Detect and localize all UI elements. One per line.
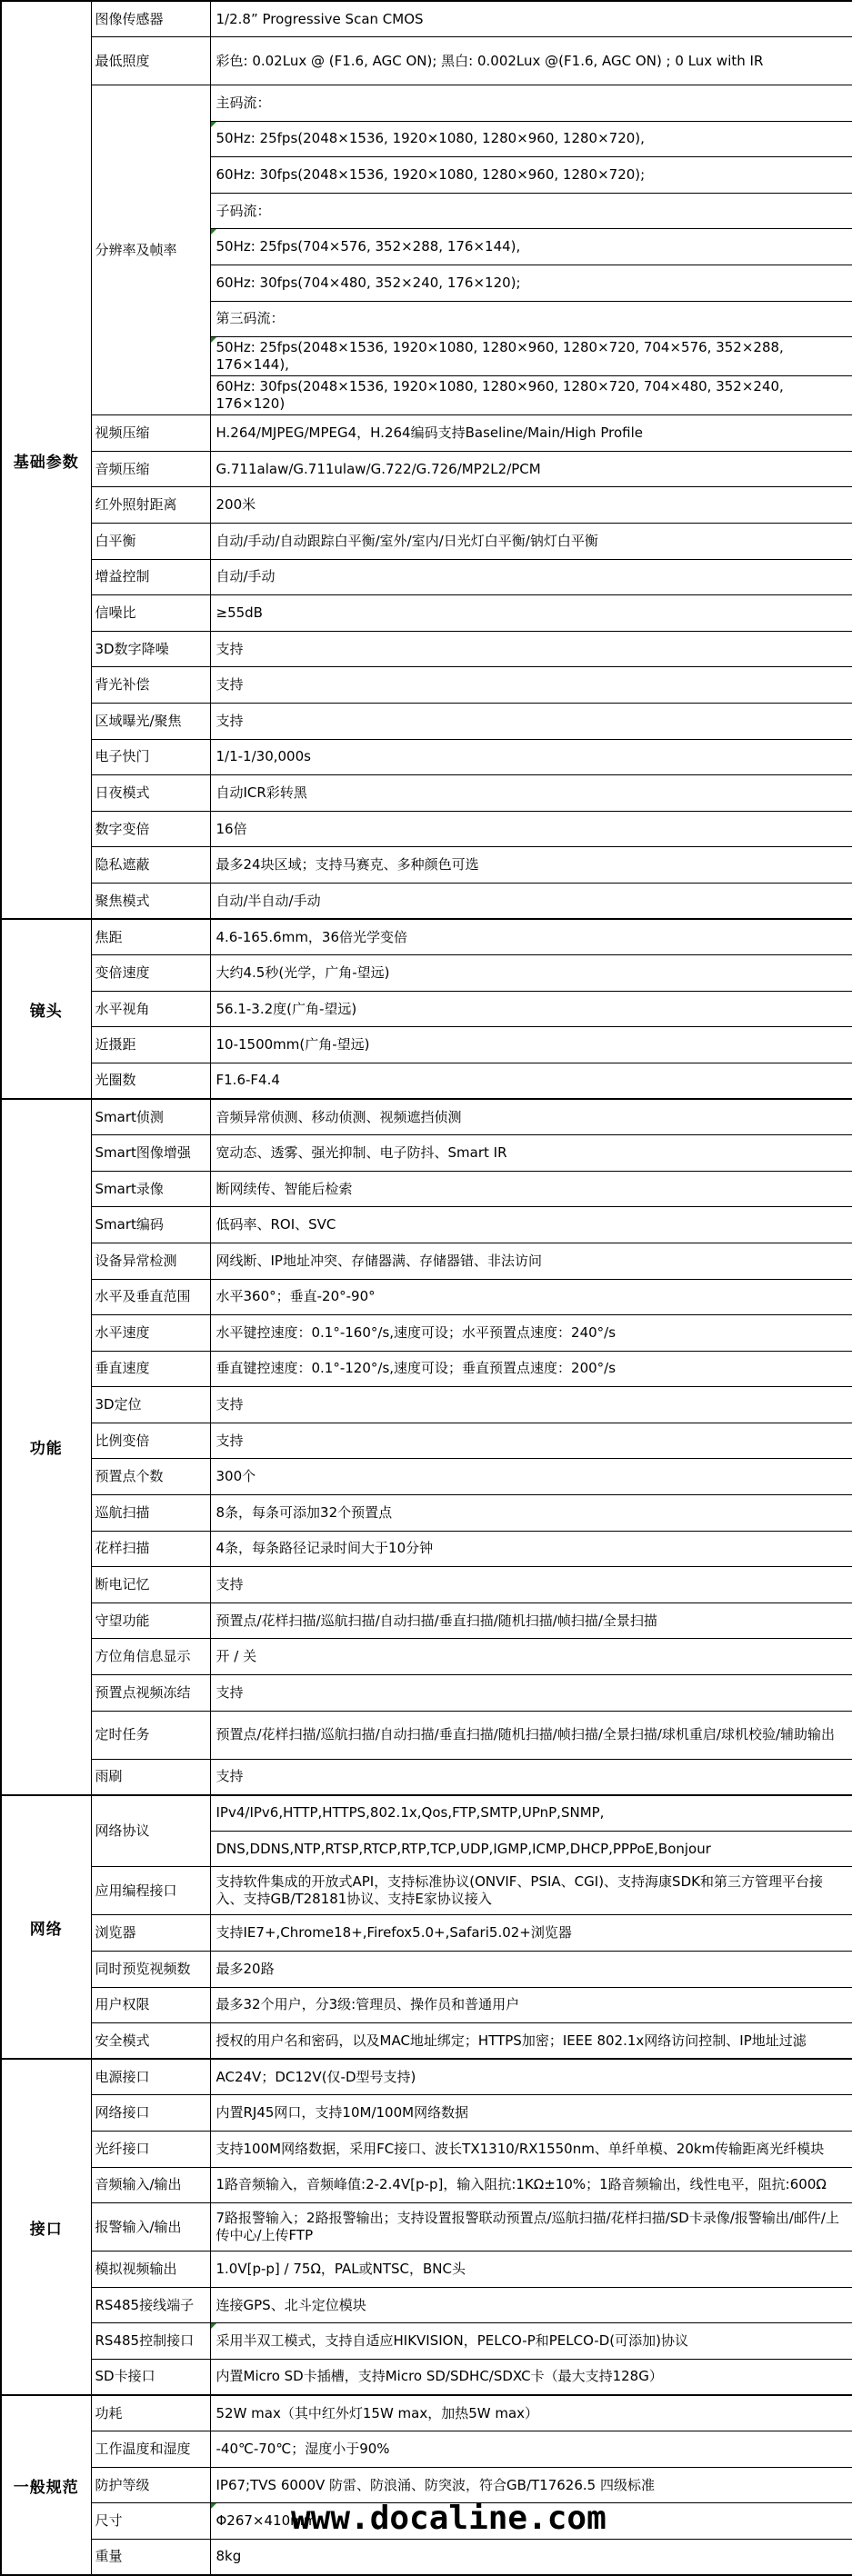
- spec-value: 水平键控速度：0.1°-160°/s,速度可设；水平预置点速度：240°/s: [210, 1315, 852, 1352]
- spec-label: 隐私遮蔽: [91, 847, 210, 884]
- table-row: 一般规范功耗52W max（其中红外灯15W max，加热5W max）: [1, 2395, 852, 2431]
- table-row: 工作温度和湿度-40℃-70℃；湿度小于90%: [1, 2431, 852, 2468]
- spec-label: 预置点视频冻结: [91, 1675, 210, 1712]
- spec-label: 3D定位: [91, 1387, 210, 1423]
- spec-label: 报警输入/输出: [91, 2203, 210, 2252]
- table-row: 比例变倍支持: [1, 1423, 852, 1459]
- table-row: 同时预览视频数最多20路: [1, 1952, 852, 1988]
- spec-label: 红外照射距离: [91, 487, 210, 524]
- table-row: 接口电源接口AC24V；DC12V(仅-D型号支持): [1, 2059, 852, 2095]
- spec-value: 支持: [210, 1387, 852, 1423]
- spec-value: AC24V；DC12V(仅-D型号支持): [210, 2059, 852, 2095]
- spec-value: 第三码流：: [210, 301, 852, 337]
- table-row: 重量8kg: [1, 2539, 852, 2575]
- table-row: 3D定位支持: [1, 1387, 852, 1423]
- spec-label: 数字变倍: [91, 811, 210, 847]
- spec-value: 300个: [210, 1459, 852, 1495]
- table-row: 报警输入/输出7路报警输入；2路报警输出；支持设置报警联动预置点/巡航扫描/花样…: [1, 2203, 852, 2252]
- spec-value: 水平360°；垂直-20°-90°: [210, 1279, 852, 1315]
- spec-label: 近摄距: [91, 1027, 210, 1063]
- table-row: 网络接口内置RJ45网口，支持10M/100M网络数据: [1, 2095, 852, 2132]
- table-row: Smart编码低码率、ROI、SVC: [1, 1207, 852, 1243]
- spec-value: 彩色: 0.02Lux @ (F1.6, AGC ON); 黑白: 0.002L…: [210, 37, 852, 85]
- spec-label: Smart图像增强: [91, 1135, 210, 1172]
- table-row: 数字变倍16倍: [1, 811, 852, 847]
- spec-value: 内置RJ45网口，支持10M/100M网络数据: [210, 2095, 852, 2132]
- table-row: 功能Smart侦测音频异常侦测、移动侦测、视频遮挡侦测: [1, 1099, 852, 1135]
- spec-label: 设备异常检测: [91, 1243, 210, 1279]
- table-row: 电子快门1/1-1/30,000s: [1, 739, 852, 775]
- spec-value: 200米: [210, 487, 852, 524]
- table-row: 音频压缩G.711alaw/G.711ulaw/G.722/G.726/MP2L…: [1, 451, 852, 487]
- table-row: 增益控制自动/手动: [1, 559, 852, 595]
- spec-value: 1.0V[p-p] / 75Ω，PAL或NTSC，BNC头: [210, 2252, 852, 2288]
- table-row: 方位角信息显示开 / 关: [1, 1639, 852, 1675]
- spec-label: Smart编码: [91, 1207, 210, 1243]
- spec-label: 电源接口: [91, 2059, 210, 2095]
- spec-value: 连接GPS、北斗定位模块: [210, 2287, 852, 2323]
- spec-value: H.264/MJPEG/MPEG4，H.264编码支持Baseline/Main…: [210, 415, 852, 452]
- table-row: 隐私遮蔽最多24块区域；支持马赛克、多种颜色可选: [1, 847, 852, 884]
- spec-value: 4.6-165.6mm，36倍光学变倍: [210, 919, 852, 955]
- spec-label: Smart录像: [91, 1171, 210, 1207]
- spec-label: SD卡接口: [91, 2359, 210, 2395]
- spec-label: 方位角信息显示: [91, 1639, 210, 1675]
- table-row: 预置点个数300个: [1, 1459, 852, 1495]
- spec-label: 水平及垂直范围: [91, 1279, 210, 1315]
- spec-value: 60Hz: 30fps(2048×1536, 1920×1080, 1280×9…: [210, 157, 852, 194]
- spec-value: DNS,DDNS,NTP,RTSP,RTCP,RTP,TCP,UDP,IGMP,…: [210, 1831, 852, 1867]
- table-row: 网络网络协议IPv4/IPv6,HTTP,HTTPS,802.1x,Qos,FT…: [1, 1795, 852, 1832]
- spec-value: 7路报警输入；2路报警输出；支持设置报警联动预置点/巡航扫描/花样扫描/SD卡录…: [210, 2203, 852, 2252]
- table-row: 浏览器支持IE7+,Chrome18+,Firefox5.0+,Safari5.…: [1, 1915, 852, 1952]
- spec-table-body: 基础参数图像传感器1/2.8” Progressive Scan CMOS最低照…: [1, 1, 852, 2575]
- table-row: 区域曝光/聚焦支持: [1, 704, 852, 740]
- spec-value: 10-1500mm(广角-望远): [210, 1027, 852, 1063]
- spec-value: G.711alaw/G.711ulaw/G.722/G.726/MP2L2/PC…: [210, 451, 852, 487]
- spec-value: 16倍: [210, 811, 852, 847]
- spec-value: 支持: [210, 667, 852, 704]
- spec-value: 最多32个用户，分3级:管理员、操作员和普通用户: [210, 1987, 852, 2023]
- spec-value: 自动ICR彩转黑: [210, 775, 852, 812]
- spec-label: 比例变倍: [91, 1423, 210, 1459]
- spec-value: 60Hz: 30fps(2048×1536, 1920×1080, 1280×9…: [210, 376, 852, 415]
- spec-value: 授权的用户名和密码，以及MAC地址绑定；HTTPS加密；IEEE 802.1x网…: [210, 2023, 852, 2060]
- table-row: 信噪比≥55dB: [1, 595, 852, 632]
- spec-label: 增益控制: [91, 559, 210, 595]
- spec-label: 音频输入/输出: [91, 2167, 210, 2203]
- spec-value: 最多20路: [210, 1952, 852, 1988]
- spec-value: 内置Micro SD卡插槽，支持Micro SD/SDHC/SDXC卡（最大支持…: [210, 2359, 852, 2395]
- spec-value: 1/2.8” Progressive Scan CMOS: [210, 1, 852, 37]
- section-label: 基础参数: [1, 1, 91, 919]
- spec-value: 自动/手动/自动跟踪白平衡/室外/室内/日光灯白平衡/钠灯白平衡: [210, 524, 852, 560]
- spec-label: 分辨率及帧率: [91, 85, 210, 415]
- table-row: 聚焦模式自动/半自动/手动: [1, 883, 852, 919]
- table-row: 光圈数F1.6-F4.4: [1, 1063, 852, 1099]
- spec-value: 支持: [210, 1567, 852, 1603]
- spec-label: 视频压缩: [91, 415, 210, 452]
- table-row: 水平速度水平键控速度：0.1°-160°/s,速度可设；水平预置点速度：240°…: [1, 1315, 852, 1352]
- spec-value: 开 / 关: [210, 1639, 852, 1675]
- section-label: 一般规范: [1, 2395, 91, 2575]
- spec-value: 支持: [210, 631, 852, 667]
- spec-label: 断电记忆: [91, 1567, 210, 1603]
- spec-value: 最多24块区域；支持马赛克、多种颜色可选: [210, 847, 852, 884]
- table-row: 防护等级IP67;TVS 6000V 防雷、防浪涌、防突波，符合GB/T1762…: [1, 2467, 852, 2503]
- spec-label: 白平衡: [91, 524, 210, 560]
- spec-value: 支持: [210, 1675, 852, 1712]
- table-row: 守望功能预置点/花样扫描/巡航扫描/自动扫描/垂直扫描/随机扫描/帧扫描/全景扫…: [1, 1603, 852, 1639]
- table-row: 近摄距10-1500mm(广角-望远): [1, 1027, 852, 1063]
- section-label: 接口: [1, 2059, 91, 2395]
- section-label: 镜头: [1, 919, 91, 1099]
- spec-value: 子码流：: [210, 193, 852, 229]
- spec-value: 支持: [210, 704, 852, 740]
- spec-value: 1路音频输入，音频峰值:2-2.4V[p-p]，输入阻抗:1KΩ±10%；1路音…: [210, 2167, 852, 2203]
- spec-label: 水平速度: [91, 1315, 210, 1352]
- spec-value: 1/1-1/30,000s: [210, 739, 852, 775]
- spec-value: -40℃-70℃；湿度小于90%: [210, 2431, 852, 2468]
- spec-label: 工作温度和湿度: [91, 2431, 210, 2468]
- spec-label: 聚焦模式: [91, 883, 210, 919]
- spec-value: 56.1-3.2度(广角-望远): [210, 991, 852, 1027]
- table-row: 视频压缩H.264/MJPEG/MPEG4，H.264编码支持Baseline/…: [1, 415, 852, 452]
- table-row: 设备异常检测网线断、IP地址冲突、存储器满、存储器错、非法访问: [1, 1243, 852, 1279]
- spec-table: 基础参数图像传感器1/2.8” Progressive Scan CMOS最低照…: [0, 0, 852, 2576]
- table-row: 最低照度彩色: 0.02Lux @ (F1.6, AGC ON); 黑白: 0.…: [1, 37, 852, 85]
- table-row: 花样扫描4条，每条路径记录时间大于10分钟: [1, 1531, 852, 1567]
- spec-value: 预置点/花样扫描/巡航扫描/自动扫描/垂直扫描/随机扫描/帧扫描/全景扫描: [210, 1603, 852, 1639]
- spec-label: 浏览器: [91, 1915, 210, 1952]
- spec-label: 雨刷: [91, 1759, 210, 1795]
- spec-value-with-note-marker: 50Hz: 25fps(2048×1536, 1920×1080, 1280×9…: [210, 121, 852, 157]
- spec-label: 网络接口: [91, 2095, 210, 2132]
- table-row: 分辨率及帧率主码流：: [1, 85, 852, 122]
- spec-label: 音频压缩: [91, 451, 210, 487]
- spec-label: 背光补偿: [91, 667, 210, 704]
- section-label: 功能: [1, 1099, 91, 1795]
- table-row: Smart录像断网续传、智能后检索: [1, 1171, 852, 1207]
- spec-label: 垂直速度: [91, 1351, 210, 1387]
- spec-value: 支持软件集成的开放式API，支持标准协议(ONVIF、PSIA、CGI)、支持海…: [210, 1867, 852, 1915]
- spec-label: RS485控制接口: [91, 2323, 210, 2360]
- spec-value: 自动/手动: [210, 559, 852, 595]
- spec-label: 模拟视频输出: [91, 2252, 210, 2288]
- spec-value: IPv4/IPv6,HTTP,HTTPS,802.1x,Qos,FTP,SMTP…: [210, 1795, 852, 1832]
- spec-value: 60Hz: 30fps(704×480, 352×240, 176×120);: [210, 265, 852, 302]
- table-row: 红外照射距离200米: [1, 487, 852, 524]
- spec-label: 防护等级: [91, 2467, 210, 2503]
- spec-value: F1.6-F4.4: [210, 1063, 852, 1099]
- table-row: 光纤接口支持100M网络数据，采用FC接口、波长TX1310/RX1550nm、…: [1, 2131, 852, 2167]
- table-row: 音频输入/输出1路音频输入，音频峰值:2-2.4V[p-p]，输入阻抗:1KΩ±…: [1, 2167, 852, 2203]
- table-row: 水平视角56.1-3.2度(广角-望远): [1, 991, 852, 1027]
- watermark-text: www.docaline.com: [291, 2500, 606, 2537]
- spec-value: 大约4.5秒(光学，广角-望远): [210, 955, 852, 992]
- spec-value: 支持IE7+,Chrome18+,Firefox5.0+,Safari5.02+…: [210, 1915, 852, 1952]
- spec-label: 区域曝光/聚焦: [91, 704, 210, 740]
- spec-label: 焦距: [91, 919, 210, 955]
- spec-label: RS485接线端子: [91, 2287, 210, 2323]
- table-row: 背光补偿支持: [1, 667, 852, 704]
- spec-value: 预置点/花样扫描/巡航扫描/自动扫描/垂直扫描/随机扫描/帧扫描/全景扫描/球机…: [210, 1711, 852, 1759]
- table-row: 用户权限最多32个用户，分3级:管理员、操作员和普通用户: [1, 1987, 852, 2023]
- spec-label: 图像传感器: [91, 1, 210, 37]
- section-label: 网络: [1, 1795, 91, 2060]
- table-row: RS485控制接口采用半双工模式，支持自适应HIKVISION，PELCO-P和…: [1, 2323, 852, 2360]
- table-row: 应用编程接口支持软件集成的开放式API，支持标准协议(ONVIF、PSIA、CG…: [1, 1867, 852, 1915]
- spec-value-with-note-marker: 50Hz: 25fps(2048×1536, 1920×1080, 1280×9…: [210, 337, 852, 376]
- spec-label: Smart侦测: [91, 1099, 210, 1135]
- table-row: 镜头焦距4.6-165.6mm，36倍光学变倍: [1, 919, 852, 955]
- spec-value: 支持: [210, 1423, 852, 1459]
- spec-label: 重量: [91, 2539, 210, 2575]
- spec-value: 网线断、IP地址冲突、存储器满、存储器错、非法访问: [210, 1243, 852, 1279]
- spec-label: 预置点个数: [91, 1459, 210, 1495]
- spec-label: 巡航扫描: [91, 1495, 210, 1532]
- table-row: Smart图像增强宽动态、透雾、强光抑制、电子防抖、Smart IR: [1, 1135, 852, 1172]
- spec-value: 主码流：: [210, 85, 852, 122]
- spec-label: 光圈数: [91, 1063, 210, 1099]
- spec-label: 用户权限: [91, 1987, 210, 2023]
- spec-value: 自动/半自动/手动: [210, 883, 852, 919]
- spec-label: 光纤接口: [91, 2131, 210, 2167]
- spec-value-with-note-marker: 采用半双工模式，支持自适应HIKVISION，PELCO-P和PELCO-D(可…: [210, 2323, 852, 2360]
- table-row: SD卡接口内置Micro SD卡插槽，支持Micro SD/SDHC/SDXC卡…: [1, 2359, 852, 2395]
- spec-label: 变倍速度: [91, 955, 210, 992]
- table-row: 垂直速度垂直键控速度：0.1°-120°/s,速度可设；垂直预置点速度：200°…: [1, 1351, 852, 1387]
- spec-label: 3D数字降噪: [91, 631, 210, 667]
- table-row: 安全模式授权的用户名和密码，以及MAC地址绑定；HTTPS加密；IEEE 802…: [1, 2023, 852, 2060]
- spec-value: 8条，每条可添加32个预置点: [210, 1495, 852, 1532]
- spec-value: 音频异常侦测、移动侦测、视频遮挡侦测: [210, 1099, 852, 1135]
- spec-value-with-note-marker: 50Hz: 25fps(704×576, 352×288, 176×144),: [210, 229, 852, 265]
- spec-value: 低码率、ROI、SVC: [210, 1207, 852, 1243]
- table-row: 定时任务预置点/花样扫描/巡航扫描/自动扫描/垂直扫描/随机扫描/帧扫描/全景扫…: [1, 1711, 852, 1759]
- spec-label: 信噪比: [91, 595, 210, 632]
- table-row: 水平及垂直范围水平360°；垂直-20°-90°: [1, 1279, 852, 1315]
- table-row: 变倍速度大约4.5秒(光学，广角-望远): [1, 955, 852, 992]
- table-row: 巡航扫描8条，每条可添加32个预置点: [1, 1495, 852, 1532]
- spec-value: 8kg: [210, 2539, 852, 2575]
- spec-label: 网络协议: [91, 1795, 210, 1867]
- table-row: 3D数字降噪支持: [1, 631, 852, 667]
- table-row: RS485接线端子连接GPS、北斗定位模块: [1, 2287, 852, 2323]
- spec-value: 支持: [210, 1759, 852, 1795]
- table-row: 模拟视频输出1.0V[p-p] / 75Ω，PAL或NTSC，BNC头: [1, 2252, 852, 2288]
- spec-label: 尺寸: [91, 2503, 210, 2540]
- spec-value: IP67;TVS 6000V 防雷、防浪涌、防突波，符合GB/T17626.5 …: [210, 2467, 852, 2503]
- spec-label: 花样扫描: [91, 1531, 210, 1567]
- spec-label: 应用编程接口: [91, 1867, 210, 1915]
- table-row: 雨刷支持: [1, 1759, 852, 1795]
- table-row: 基础参数图像传感器1/2.8” Progressive Scan CMOS: [1, 1, 852, 37]
- table-row: 预置点视频冻结支持: [1, 1675, 852, 1712]
- spec-label: 同时预览视频数: [91, 1952, 210, 1988]
- spec-label: 功耗: [91, 2395, 210, 2431]
- spec-sheet-page: 基础参数图像传感器1/2.8” Progressive Scan CMOS最低照…: [0, 0, 852, 2576]
- spec-label: 最低照度: [91, 37, 210, 85]
- table-row: 断电记忆支持: [1, 1567, 852, 1603]
- spec-label: 日夜模式: [91, 775, 210, 812]
- spec-value: 52W max（其中红外灯15W max，加热5W max）: [210, 2395, 852, 2431]
- spec-value: 4条，每条路径记录时间大于10分钟: [210, 1531, 852, 1567]
- table-row: 日夜模式自动ICR彩转黑: [1, 775, 852, 812]
- spec-value: ≥55dB: [210, 595, 852, 632]
- spec-value: 宽动态、透雾、强光抑制、电子防抖、Smart IR: [210, 1135, 852, 1172]
- spec-label: 定时任务: [91, 1711, 210, 1759]
- spec-label: 守望功能: [91, 1603, 210, 1639]
- spec-label: 水平视角: [91, 991, 210, 1027]
- spec-label: 电子快门: [91, 739, 210, 775]
- spec-label: 安全模式: [91, 2023, 210, 2060]
- spec-value: 支持100M网络数据，采用FC接口、波长TX1310/RX1550nm、单纤单模…: [210, 2131, 852, 2167]
- table-row: 白平衡自动/手动/自动跟踪白平衡/室外/室内/日光灯白平衡/钠灯白平衡: [1, 524, 852, 560]
- spec-value: 断网续传、智能后检索: [210, 1171, 852, 1207]
- spec-value: 垂直键控速度：0.1°-120°/s,速度可设；垂直预置点速度：200°/s: [210, 1351, 852, 1387]
